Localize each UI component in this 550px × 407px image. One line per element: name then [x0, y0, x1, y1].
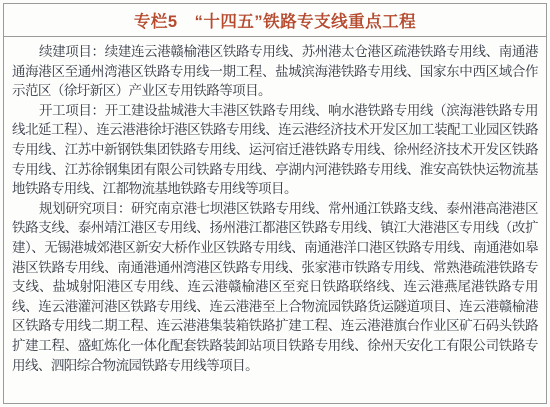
paragraph-label: 续建项目： — [39, 44, 105, 59]
column-title: 专栏5 “十四五”铁路专支线重点工程 — [134, 8, 416, 32]
column-box-body: 续建项目：续建连云港赣榆港区铁路专用线、苏州港太仓港区疏港铁路专用线、南通港通海… — [4, 37, 546, 403]
paragraph-continued-projects: 续建项目：续建连云港赣榆港区铁路专用线、苏州港太仓港区疏港铁路专用线、南通港通海… — [12, 42, 538, 101]
paragraph-planning-research-projects: 规划研究项目：研究南京港七坝港区铁路专用线、常州通江铁路支线、泰州港高港港区铁路… — [12, 199, 538, 375]
column-box: 专栏5 “十四五”铁路专支线重点工程 续建项目：续建连云港赣榆港区铁路专用线、苏… — [3, 3, 547, 404]
column-box-header: 专栏5 “十四五”铁路专支线重点工程 — [4, 4, 546, 37]
paragraph-text: 研究南京港七坝港区铁路专用线、常州通江铁路支线、泰州港高港港区铁路支线、泰州靖江… — [12, 201, 538, 373]
paragraph-new-start-projects: 开工项目：开工建设盐城港大丰港区铁路专用线、响水港铁路专用线（滨海港铁路专用线北… — [12, 101, 538, 199]
document-page: 专栏5 “十四五”铁路专支线重点工程 续建项目：续建连云港赣榆港区铁路专用线、苏… — [0, 0, 550, 407]
paragraph-label: 规划研究项目： — [39, 201, 131, 216]
paragraph-label: 开工项目： — [39, 103, 105, 118]
